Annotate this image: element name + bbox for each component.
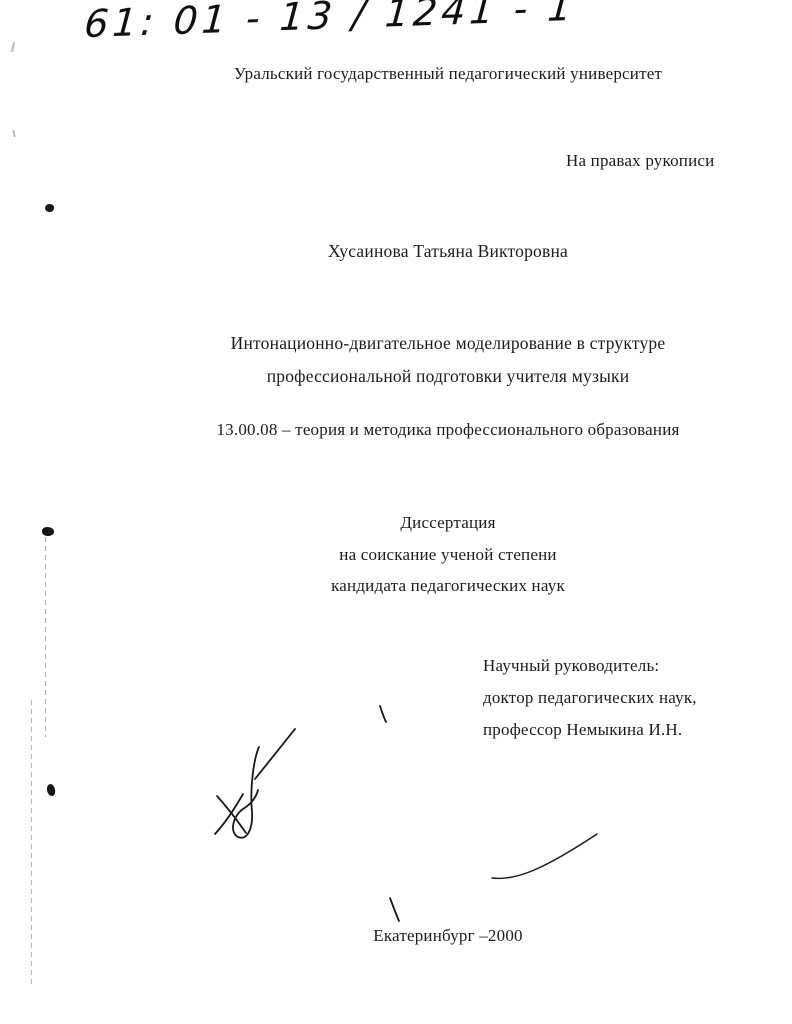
- degree-field-line: кандидата педагогических наук: [104, 576, 792, 596]
- signature-stroke-flourish: [255, 729, 295, 779]
- degree-pursuit-line: на соискание ученой степени: [104, 545, 792, 565]
- pen-tick-lower: [390, 898, 399, 921]
- scan-artifact-blob-2: [42, 527, 54, 536]
- scan-artifact-line-1: [45, 537, 46, 737]
- university-name: Уральский государственный педагогический…: [104, 64, 792, 84]
- signature-stroke-x2: [215, 794, 243, 834]
- handwritten-shelf-mark: 61: 01 - 13 / 1241 - 1: [83, 0, 577, 46]
- specialty-code-line: 13.00.08 – теория и методика профессиона…: [104, 420, 792, 440]
- scan-artifact-blob-3: [46, 784, 56, 797]
- pen-tick-upper: [380, 706, 386, 722]
- dissertation-title-page: 61: 01 - 13 / 1241 - 1 Уральский государ…: [0, 0, 792, 1024]
- author-name: Хусаинова Татьяна Викторовна: [104, 241, 792, 262]
- thesis-type-line: Диссертация: [104, 513, 792, 533]
- city-year-imprint: Екатеринбург –2000: [104, 926, 792, 946]
- scan-artifact-speck-2: [12, 130, 15, 137]
- signature-stroke-x1: [217, 796, 246, 833]
- dissertation-title-line-2: профессиональной подготовки учителя музы…: [104, 366, 792, 387]
- advisor-name: профессор Немыкина И.Н.: [483, 720, 682, 740]
- scan-artifact-blob-1: [44, 203, 55, 213]
- signature-stroke-loop: [233, 747, 259, 838]
- pen-swoosh: [492, 834, 597, 878]
- dissertation-title-line-1: Интонационно-двигательное моделирование …: [104, 333, 792, 354]
- scan-artifact-line-2: [31, 700, 32, 988]
- advisor-label: Научный руководитель:: [483, 656, 659, 676]
- manuscript-rights-note: На правах рукописи: [566, 151, 714, 171]
- advisor-degree: доктор педагогических наук,: [483, 688, 697, 708]
- scan-artifact-speck-1: [11, 42, 15, 52]
